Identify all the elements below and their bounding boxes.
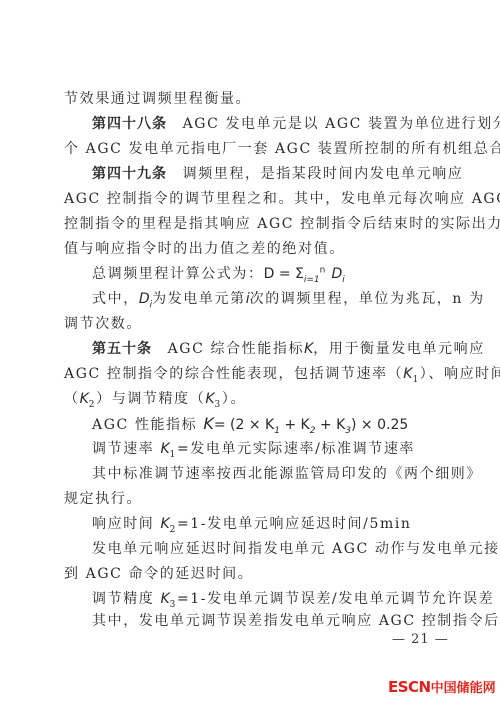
text-line: AGC 控制指令的综合性能表现，包括调节速率（K1）、响应时间 [64, 365, 438, 383]
text-line: 调节次数。 [64, 315, 438, 333]
page-number: — 21 — [392, 632, 449, 647]
text-line: 规定执行。 [64, 490, 438, 508]
formula-total-mileage: 总调频里程计算公式为：D = Σi=1n Di [92, 265, 438, 283]
article-49-line-1: 第四十九条 调频里程，是指某段时间内发电单元响应 [92, 165, 438, 183]
text-line: AGC 控制指令的调节里程之和。其中，发电单元每次响应 AGC [64, 190, 438, 208]
document-page: 节效果通过调频里程衡量。 第四十八条 AGC 发电单元是以 AGC 装置为单位进… [0, 0, 500, 706]
text-line: （K2）与调节精度（K3）。 [64, 390, 438, 408]
text-line: 控制指令的里程是指其响应 AGC 控制指令后结束时的实际出力 [64, 215, 438, 233]
text-line: 节效果通过调频里程衡量。 [64, 90, 438, 108]
text-line: 值与响应指令时的出力值之差的绝对值。 [64, 240, 438, 258]
formula-agc-performance: AGC 性能指标 K= (2 × K1 + K2 + K3) × 0.25 [92, 415, 438, 434]
article-heading: 第四十九条 [92, 166, 167, 182]
formula-k3: 调节精度 K3=1-发电单元调节误差/发电单元调节允许误差 [92, 590, 438, 608]
article-heading: 第四十八条 [92, 116, 167, 132]
escn-watermark-logo: ESCN中国储能网 [388, 677, 496, 696]
text-line: 到 AGC 命令的延迟时间。 [64, 565, 438, 583]
article-50-line-1: 第五十条 AGC 综合性能指标K，用于衡量发电单元响应 [92, 340, 438, 358]
text-line: 发电单元响应延迟时间指发电单元 AGC 动作与发电单元接 [92, 540, 438, 558]
text-line: 其中，发电单元调节误差指发电单元响应 AGC 控制指令后 [92, 612, 438, 630]
brand-latin: ESCN [388, 678, 431, 696]
article-heading: 第五十条 [92, 341, 152, 357]
text-line: 个 AGC 发电单元指电厂一套 AGC 装置所控制的所有机组总合。 [64, 140, 438, 158]
brand-chinese: 中国储能网 [431, 681, 496, 696]
formula-k1: 调节速率 K1=发电单元实际速率/标准调节速率 [92, 440, 438, 458]
text-line: 式中，Di为发电单元第i次的调频里程，单位为兆瓦，n 为 [92, 290, 438, 308]
article-48-line-1: 第四十八条 AGC 发电单元是以 AGC 装置为单位进行划分，一 [92, 115, 438, 133]
formula-k2: 响应时间 K2=1-发电单元响应延迟时间/5min [92, 515, 438, 533]
text-line: 其中标准调节速率按西北能源监管局印发的《两个细则》 [92, 465, 438, 483]
